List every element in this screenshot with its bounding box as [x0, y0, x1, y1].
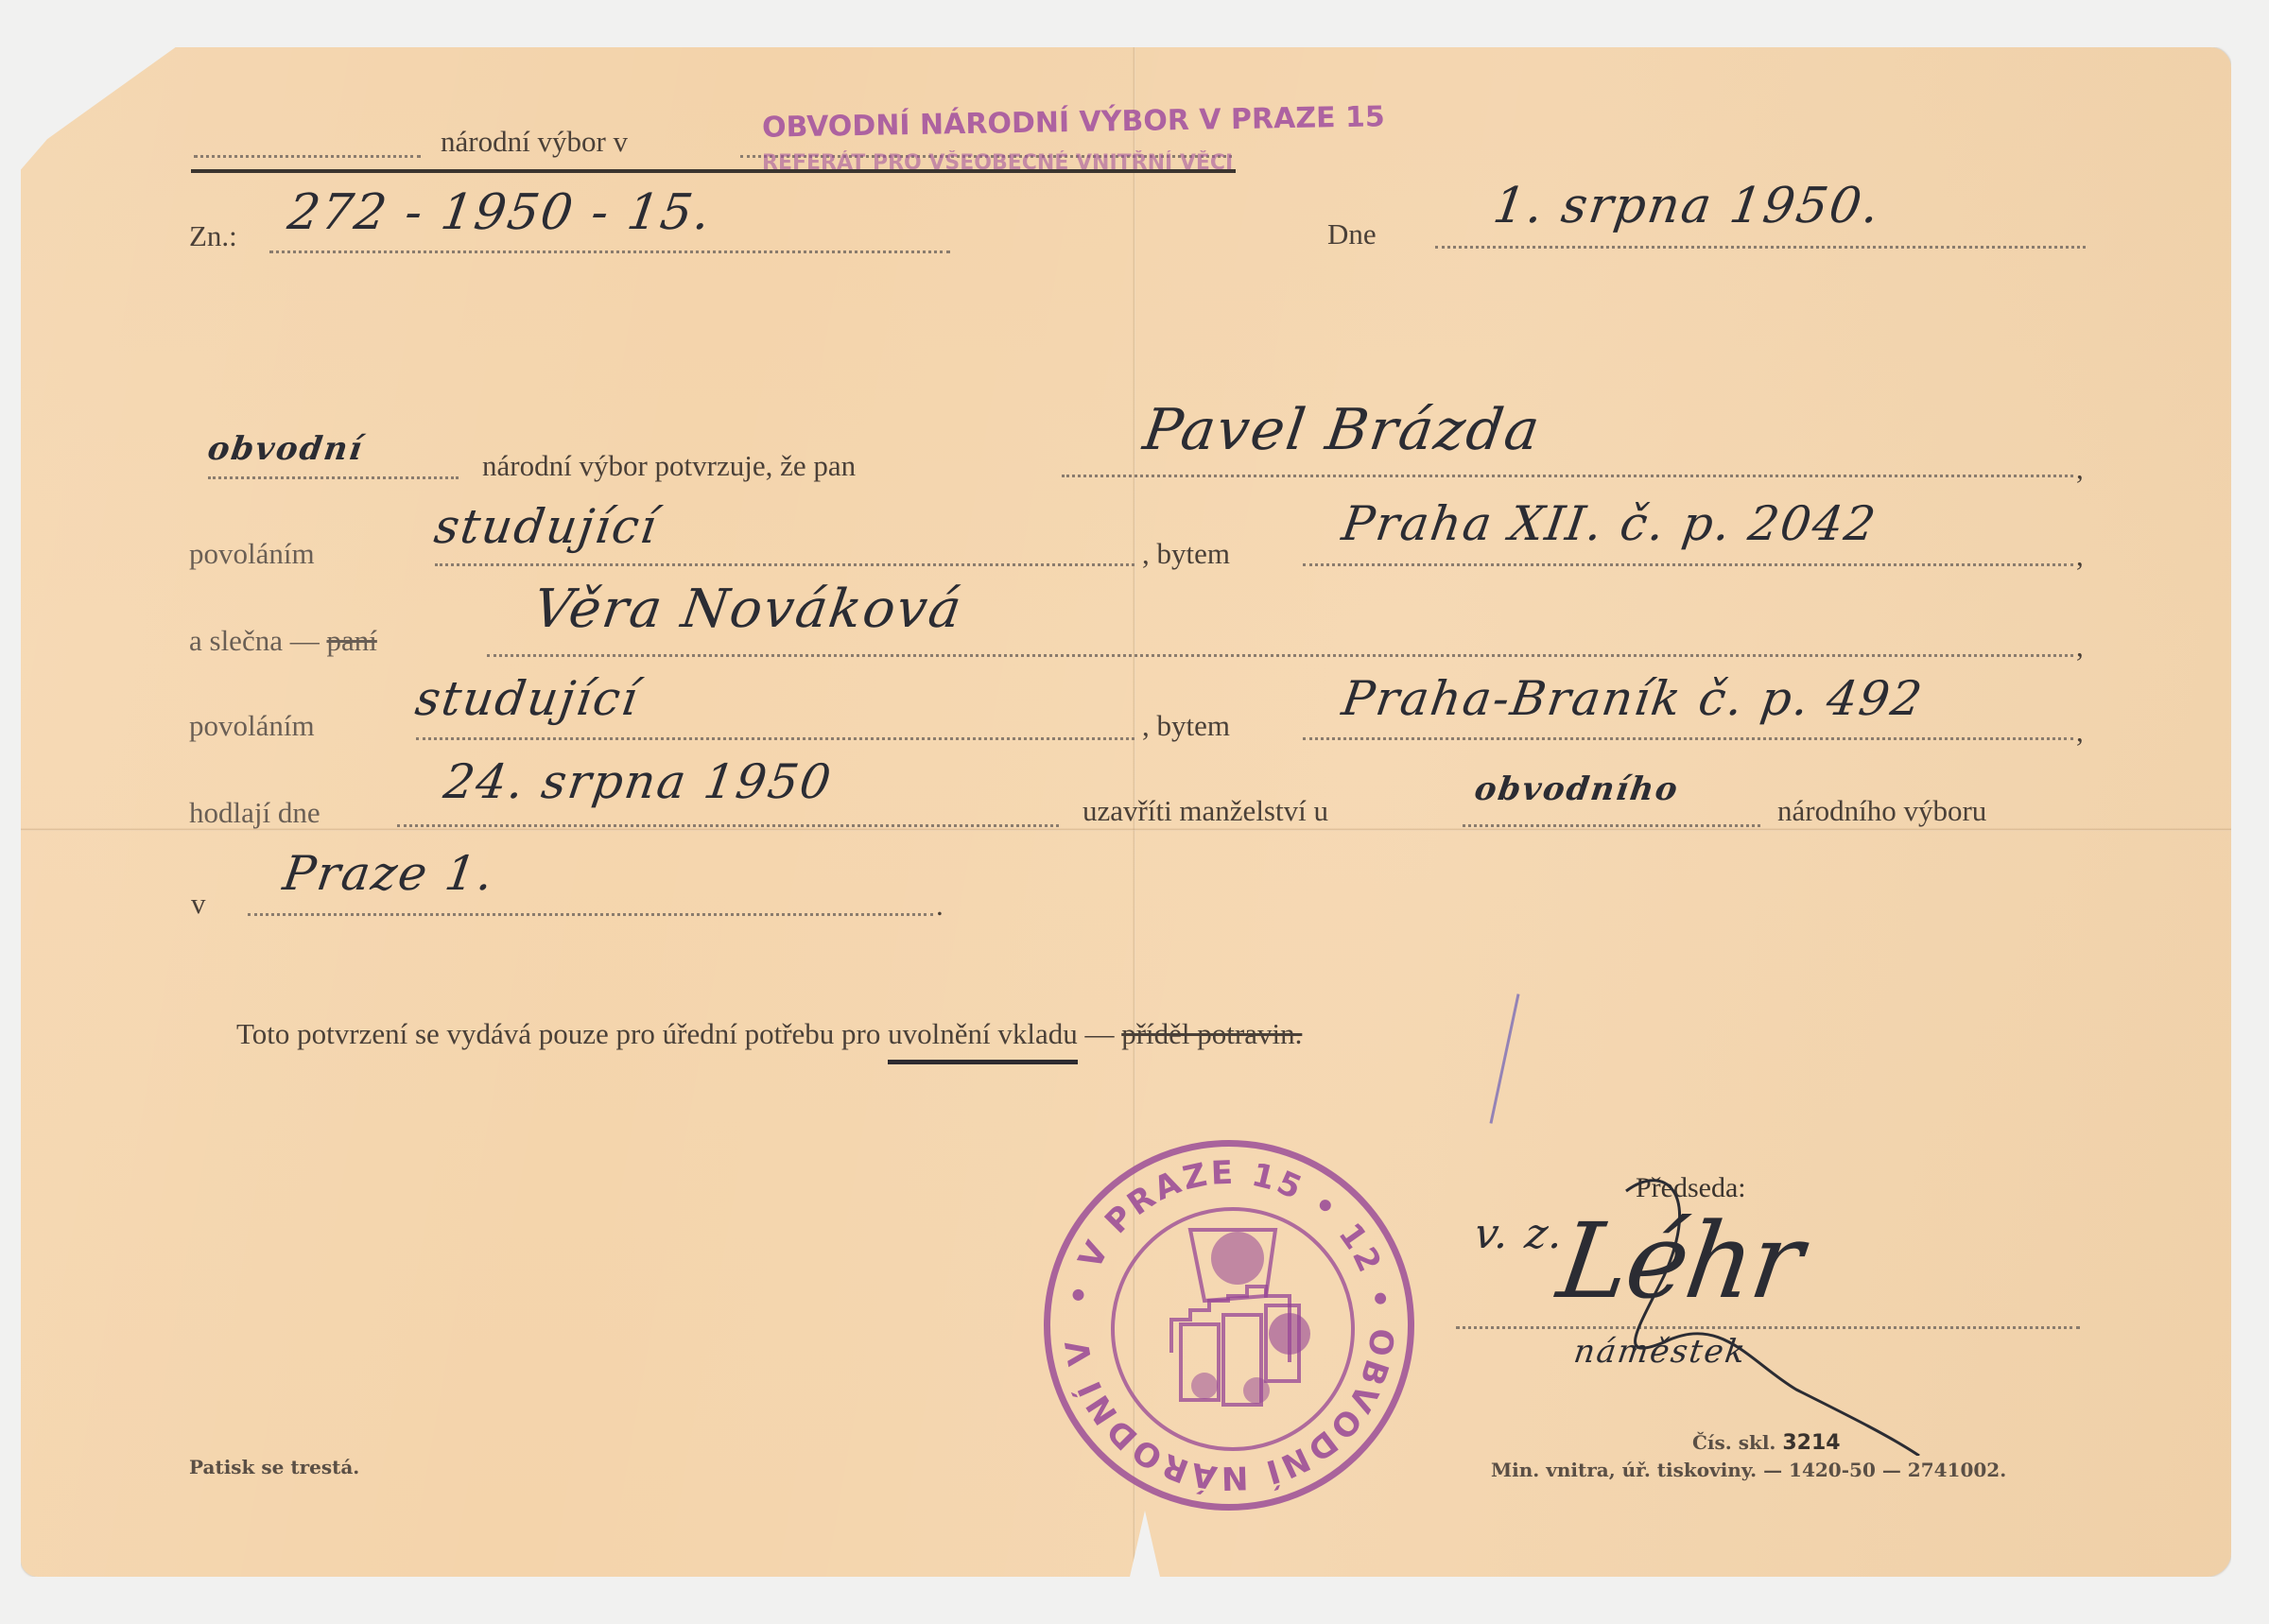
horizontal-fold: [21, 828, 2231, 831]
date-label: Dne: [1327, 217, 1377, 251]
wedding-date-dotted-line: [397, 824, 1059, 827]
groom-occupation-label: povoláním: [189, 537, 315, 571]
bride-occupation: studující: [412, 671, 643, 726]
groom-occupation: studující: [431, 499, 662, 554]
marry-suffix: národního výboru: [1777, 794, 1986, 828]
date-dotted-line: [1435, 246, 2086, 249]
bride-occupation-dotted-line: [416, 737, 1134, 740]
header-rule: [191, 169, 1236, 173]
bride-residence: Praha-Braník č. p. 492: [1339, 671, 1927, 726]
comma: ,: [2076, 630, 2084, 664]
period: .: [936, 889, 944, 923]
intend-label: hodlají dne: [189, 796, 320, 830]
purpose-text: Toto potvrzení se vydává pouze pro úředn…: [236, 1017, 1302, 1051]
svg-text:• V PRAZE 15 • 12 • OBVODNÍ NÁ: • V PRAZE 15 • 12 • OBVODNÍ NÁRODNÍ VÝBO…: [1050, 1147, 1401, 1497]
purpose-struck: příděl potravin.: [1121, 1017, 1302, 1050]
groom-occupation-dotted-line: [435, 563, 1134, 566]
in-label: v: [191, 887, 206, 921]
groom-residence-dotted-line: [1303, 563, 2073, 566]
committee-label: národní výbor v: [441, 125, 628, 159]
marry-committee: obvodního: [1472, 770, 1681, 808]
round-seal: • V PRAZE 15 • 12 • OBVODNÍ NÁRODNÍ VÝBO…: [1044, 1140, 1414, 1511]
wedding-date: 24. srpna 1950: [441, 754, 836, 809]
groom-name-dotted-line: [1062, 475, 2073, 477]
groom-name: Pavel Brázda: [1139, 397, 1545, 463]
confirm-text: národní výbor potvrzuje, že pan: [482, 449, 856, 483]
bride-residence-label: , bytem: [1142, 709, 1230, 743]
bride-name: Věra Nováková: [529, 579, 966, 640]
wedding-place-dotted-line: [248, 913, 933, 916]
comma: ,: [2076, 539, 2084, 573]
reference-label: Zn.:: [189, 219, 237, 253]
wedding-place: Praze 1.: [280, 846, 498, 901]
signature-flourish: [1607, 1172, 2004, 1456]
comma: ,: [2076, 715, 2084, 749]
reference-value: 272 - 1950 - 15.: [285, 184, 716, 241]
reference-dotted-line: [269, 251, 950, 253]
signature-vz-mark: v. z.: [1471, 1210, 1568, 1258]
bride-name-dotted-line: [487, 654, 2073, 657]
groom-residence: Praha XII. č. p. 2042: [1339, 496, 1880, 551]
printer-info: Min. vnitra, úř. tiskoviny. — 1420-50 — …: [1491, 1459, 2006, 1481]
bride-label: a slečna — paní: [189, 624, 377, 658]
marry-committee-dotted-line: [1463, 824, 1760, 827]
bride-residence-dotted-line: [1303, 737, 2073, 740]
comma: ,: [2076, 452, 2084, 486]
form-number: Čís. skl. 3214: [1692, 1431, 1841, 1455]
bottom-tear: [1130, 1511, 1160, 1577]
date-value: 1. srpna 1950.: [1490, 178, 1884, 234]
committee-dotted-line: [194, 155, 421, 158]
marry-label: uzavříti manželství u: [1083, 794, 1328, 828]
footer-left-note: Patisk se trestá.: [189, 1456, 359, 1478]
bride-occupation-label: povoláním: [189, 709, 315, 743]
committee-type-dotted-line: [208, 476, 459, 479]
purpose-underlined: uvolnění vkladu: [888, 1017, 1078, 1064]
seal-ring-text: • V PRAZE 15 • 12 • OBVODNÍ NÁRODNÍ VÝBO…: [1050, 1147, 1408, 1504]
committee-type-value: obvodní: [205, 430, 366, 468]
groom-residence-label: , bytem: [1142, 537, 1230, 571]
